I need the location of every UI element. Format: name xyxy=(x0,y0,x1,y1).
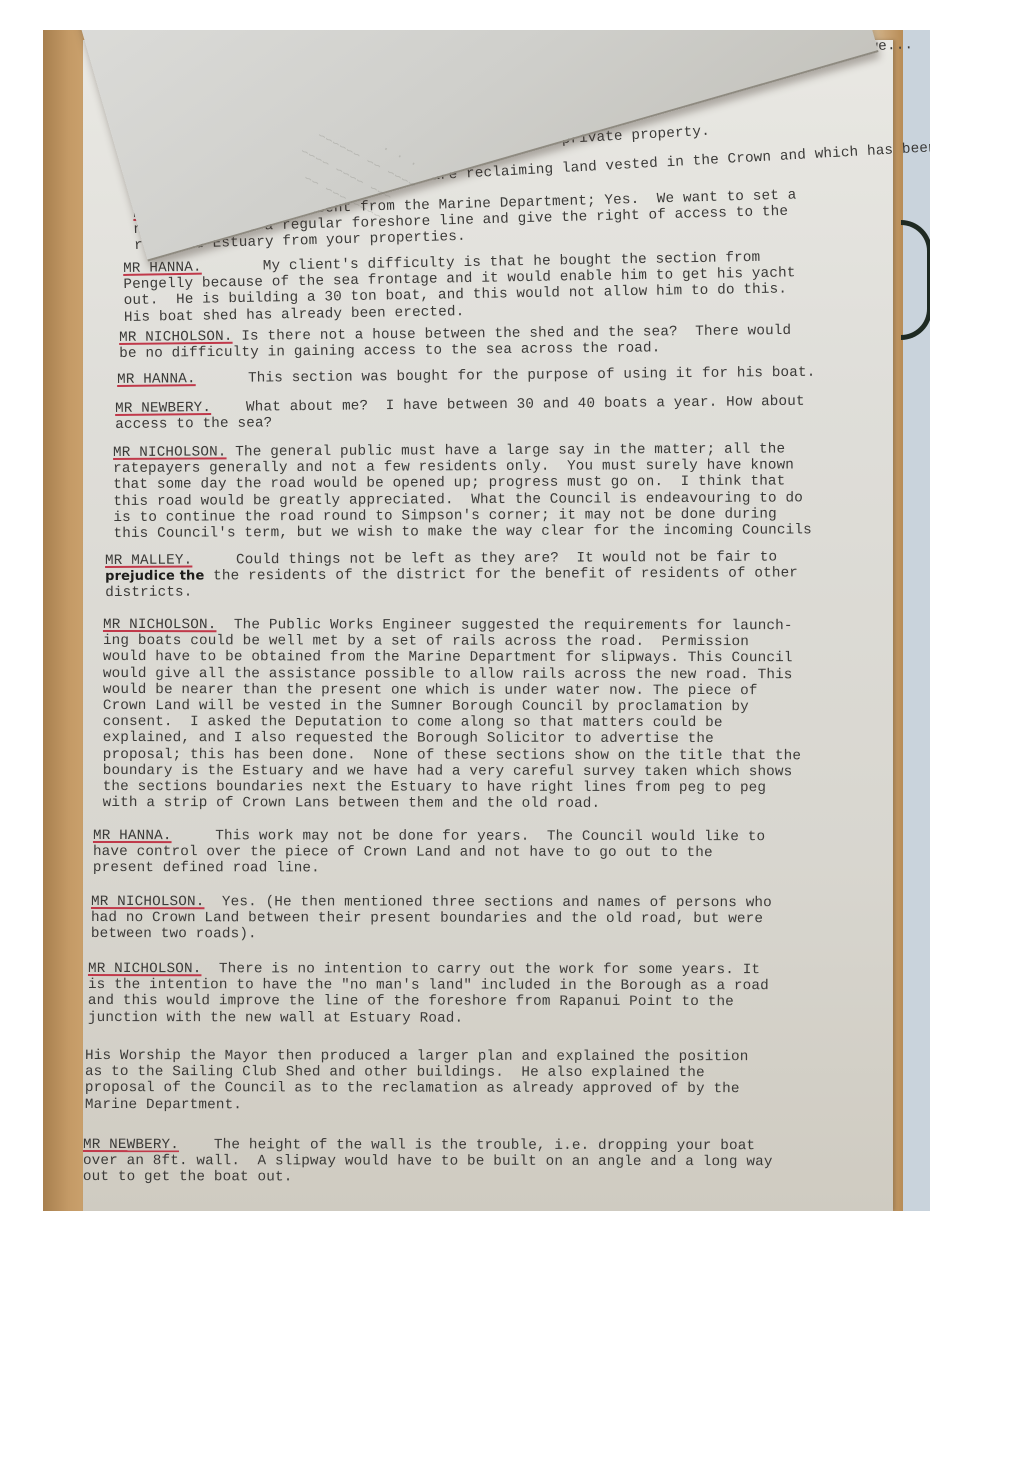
line: explained, and I also requested the Boro… xyxy=(103,730,714,747)
line: between two roads). xyxy=(91,926,257,942)
speaker-label: MR NICHOLSON. xyxy=(113,444,227,461)
exchange-nicholson-6: MR NICHOLSON. There is no intention to c… xyxy=(88,961,769,1027)
exchange-nicholson-5: MR NICHOLSON. Yes. (He then mentioned th… xyxy=(91,894,772,944)
line: over an 8ft. wall. A slipway would have … xyxy=(83,1153,773,1170)
narrative-mayor: His Worship the Mayor then produced a la… xyxy=(85,1048,749,1114)
line: The height of the wall is the trouble, i… xyxy=(214,1137,755,1154)
line: had no Crown Land between their present … xyxy=(91,910,763,927)
exchange-hanna-3: MR HANNA. This work may not be done for … xyxy=(93,828,765,878)
exchange-hanna-2: MR HANNA. This section was bought for th… xyxy=(117,365,816,389)
speaker-label: MR HANNA. xyxy=(93,828,172,844)
exchange-nicholson-3: MR NICHOLSON. The general public must ha… xyxy=(113,441,812,542)
exchange-hanna-1: MR HANNA. My client's difficulty is that… xyxy=(123,249,796,326)
line: would have to be obtained from the Marin… xyxy=(103,649,793,666)
line: boundary is the Estuary and we have had … xyxy=(103,763,793,780)
speaker-label: MR HANNA. xyxy=(117,371,196,388)
handwritten-insertion: prejudice the xyxy=(105,569,204,585)
line: His Worship the Mayor then produced a la… xyxy=(85,1048,748,1065)
line: Crown Land will be vested in the Sumner … xyxy=(103,698,749,715)
exchange-newbery-2: MR NEWBERY. The height of the wall is th… xyxy=(83,1137,773,1187)
line: would be nearer than the present one whi… xyxy=(103,682,758,699)
speaker-label: MR NICHOLSON. xyxy=(91,894,205,910)
line: the residents of the district for the be… xyxy=(213,566,798,585)
speaker-label: MR NICHOLSON. xyxy=(103,617,217,633)
document-photo: . . . ~~~~ ~~ ~~~~~~ ~~~ ~~~~ ~~~~ ~~~~~… xyxy=(43,30,930,1211)
line: would give all the assistance possible t… xyxy=(103,666,793,683)
line: proposal; this has been done. None of th… xyxy=(103,747,801,764)
line: consent. I asked the Deputation to come … xyxy=(103,714,723,731)
exchange-nicholson-4: MR NICHOLSON. The Public Works Engineer … xyxy=(103,617,802,813)
line: and this would improve the line of the f… xyxy=(88,993,734,1010)
exchange-newbery-1: MR NEWBERY. What about me? I have betwee… xyxy=(115,394,805,434)
speaker-label: MR NEWBERY. xyxy=(83,1137,179,1153)
line: This section was bought for the purpose … xyxy=(248,365,816,387)
speaker-label: MR NICHOLSON. xyxy=(88,961,202,977)
exchange-malley-1: MR MALLEY. Could things not be left as t… xyxy=(105,549,798,601)
line: access to the sea? xyxy=(115,416,272,434)
line: ing boats could be well met by a set of … xyxy=(103,633,749,650)
line: The Public Works Engineer suggested the … xyxy=(234,617,793,634)
line: Marine Department. xyxy=(85,1097,242,1113)
line: junction with the new wall at Estuary Ro… xyxy=(88,1010,463,1027)
line: with a strip of Crown Lans between them … xyxy=(103,795,601,812)
exchange-nicholson-2: MR NICHOLSON. Is there not a house betwe… xyxy=(119,323,791,362)
line: the sections boundaries next the Estuary… xyxy=(103,779,766,796)
line: Yes. (He then mentioned three sections a… xyxy=(222,894,772,911)
line: This work may not be done for years. The… xyxy=(215,828,765,845)
line: There is no intention to carry out the w… xyxy=(219,961,760,978)
line: is the intention to have the "no man's l… xyxy=(88,977,769,994)
speaker-label: MR NEWBERY. xyxy=(115,400,211,417)
line: present defined road line. xyxy=(93,860,320,876)
line: as to the Sailing Club Shed and other bu… xyxy=(85,1064,705,1081)
speaker-label: MR MALLEY. xyxy=(105,553,192,569)
line: out to get the boat out. xyxy=(83,1169,293,1185)
line: What about me? I have between 30 and 40 … xyxy=(246,394,805,416)
speaker-label: MR HANNA. xyxy=(123,260,202,277)
speaker-label: MR NICHOLSON. xyxy=(119,329,233,346)
line: proposal of the Council as to the reclam… xyxy=(85,1080,740,1097)
typed-sheet: . . . ~~~~ ~~ ~~~~~~ ~~~ ~~~~ ~~~~ ~~~~~… xyxy=(83,40,893,1211)
line: this Council's term, but we wish to make… xyxy=(113,522,811,542)
line: districts. xyxy=(105,585,192,601)
line: have control over the piece of Crown Lan… xyxy=(93,844,713,861)
